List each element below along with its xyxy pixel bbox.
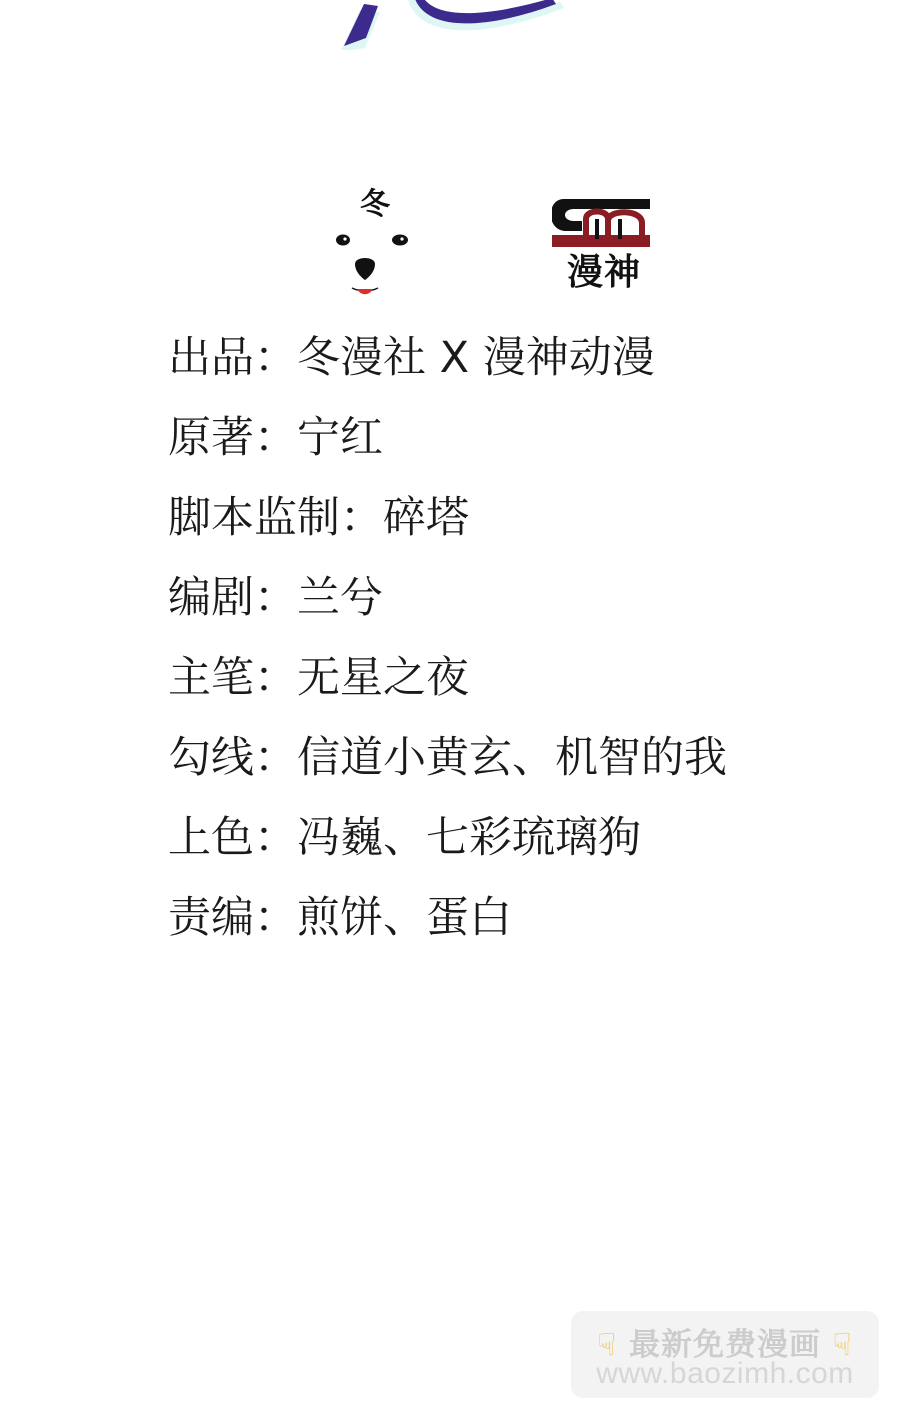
credit-original-author: 原著：宁红 <box>168 412 727 492</box>
credit-role: 主笔： <box>168 653 297 703</box>
credit-value: 碎塔 <box>383 493 469 543</box>
credit-value: 信道小黄玄、机智的我 <box>297 733 727 783</box>
credit-role: 脚本监制： <box>168 493 383 543</box>
credit-producer: 出品：冬漫社 X 漫神动漫 <box>168 332 727 412</box>
title-brush-stroke <box>320 0 580 50</box>
credits-list: 出品：冬漫社 X 漫神动漫 原著：宁红 脚本监制：碎塔 编剧：兰兮 主笔：无星之… <box>168 332 727 972</box>
credit-screenwriter: 编剧：兰兮 <box>168 572 727 652</box>
credit-lead-artist: 主笔：无星之夜 <box>168 652 727 732</box>
credit-role: 勾线： <box>168 733 297 783</box>
credit-editor: 责编：煎饼、蛋白 <box>168 892 727 972</box>
site-watermark[interactable]: ☟ 最新免费漫画 ☟ www.baozimh.com <box>571 1311 879 1398</box>
credit-value: 冬漫社 X 漫神动漫 <box>297 333 655 383</box>
dog-face-icon <box>330 188 420 298</box>
credit-role: 上色： <box>168 813 297 863</box>
watermark-url[interactable]: www.baozimh.com <box>571 1357 879 1391</box>
credit-line-art: 勾线：信道小黄玄、机智的我 <box>168 732 727 812</box>
credit-role: 编剧： <box>168 573 297 623</box>
manshen-logo-text: 漫神 <box>552 253 656 293</box>
credit-value: 宁红 <box>297 413 383 463</box>
credit-script-supervisor: 脚本监制：碎塔 <box>168 492 727 572</box>
credit-role: 责编： <box>168 893 297 943</box>
manshen-logo: 漫神 <box>552 195 656 297</box>
credit-value: 冯巍、七彩琉璃狗 <box>297 813 641 863</box>
credit-value: 兰兮 <box>297 573 383 623</box>
credit-role: 原著： <box>168 413 297 463</box>
credit-coloring: 上色：冯巍、七彩琉璃狗 <box>168 812 727 892</box>
credit-role: 出品： <box>168 333 297 383</box>
credit-value: 无星之夜 <box>297 653 469 703</box>
dongmanshe-logo: 冬 <box>330 188 420 298</box>
manshen-m-mark-icon <box>552 195 656 253</box>
credit-value: 煎饼、蛋白 <box>297 893 512 943</box>
